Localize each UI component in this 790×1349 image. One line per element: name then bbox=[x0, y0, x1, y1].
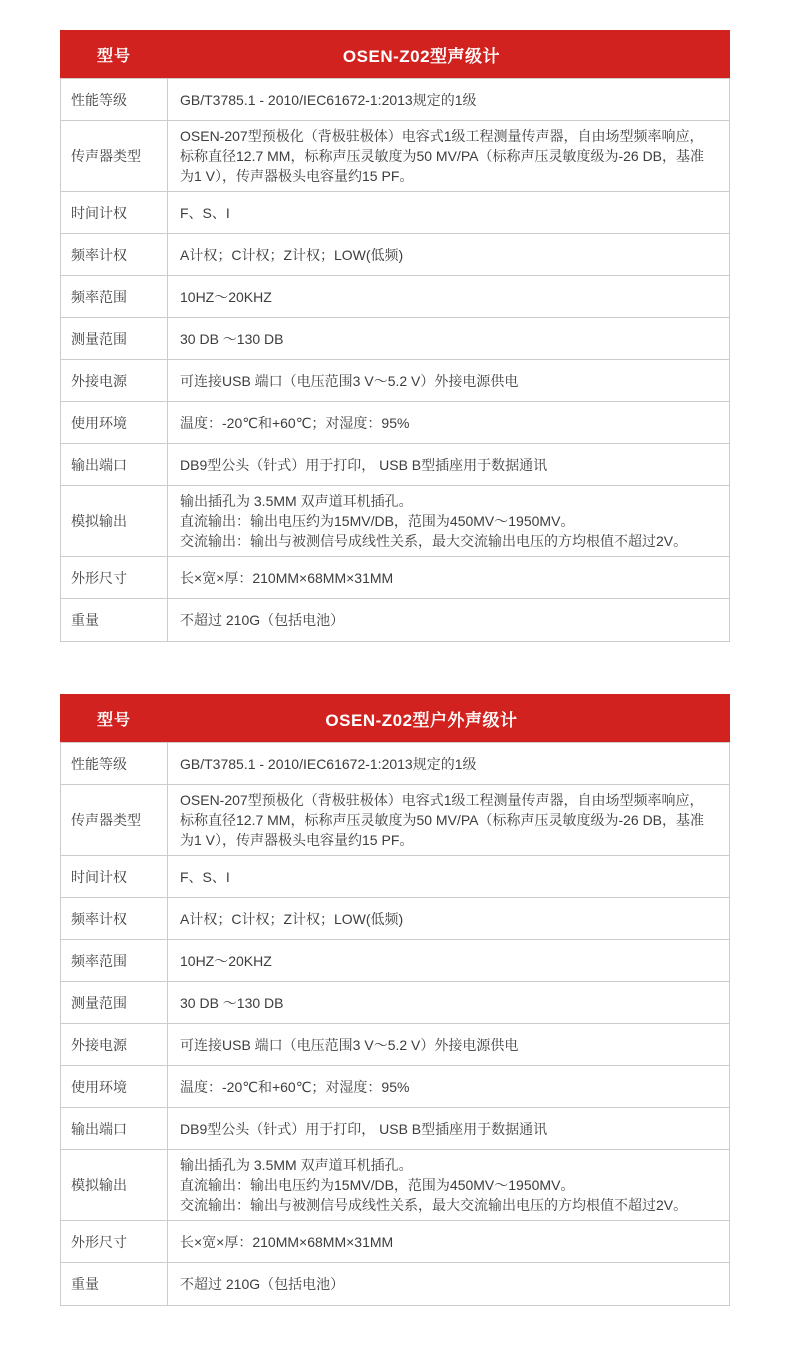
spec-value-line: 输出插孔为 3.5MM 双声道耳机插孔。 bbox=[180, 1155, 715, 1175]
spec-label: 频率范围 bbox=[61, 940, 168, 981]
product-spec-page: { "colors": { "header_bg": "#d2221f", "h… bbox=[0, 0, 790, 1349]
spec-value: A计权；C计权；Z计权；LOW(低频) bbox=[168, 234, 729, 275]
spec-value-line: 交流输出：输出与被测信号成线性关系，最大交流输出电压的方均根值不超过2V。 bbox=[180, 531, 715, 551]
spec-label: 频率计权 bbox=[61, 234, 168, 275]
spec-label: 使用环境 bbox=[61, 402, 168, 443]
spec-label: 模拟输出 bbox=[61, 1150, 168, 1220]
spec-label: 性能等级 bbox=[61, 79, 168, 120]
spec-value-line: 温度：-20℃和+60℃；对湿度：95% bbox=[180, 413, 715, 433]
table-row: 输出端口DB9型公头（针式）用于打印， USB B型插座用于数据通讯 bbox=[61, 1108, 729, 1150]
spec-label: 频率计权 bbox=[61, 898, 168, 939]
spec-value-line: F、S、I bbox=[180, 203, 715, 223]
spec-value-line: 直流输出：输出电压约为15MV/DB，范围为450MV～1950MV。 bbox=[180, 1175, 715, 1195]
spec-table-body: 性能等级GB/T3785.1 - 2010/IEC61672-1:2013规定的… bbox=[60, 78, 730, 642]
spec-value: 长×宽×厚：210MM×68MM×31MM bbox=[168, 557, 729, 598]
spec-table-outdoor-sound-level-meter: 型号 OSEN-Z02型户外声级计 性能等级GB/T3785.1 - 2010/… bbox=[60, 694, 730, 1306]
table-row: 重量不超过 210G（包括电池） bbox=[61, 1263, 729, 1305]
spec-value: DB9型公头（针式）用于打印， USB B型插座用于数据通讯 bbox=[168, 444, 729, 485]
spec-value: 温度：-20℃和+60℃；对湿度：95% bbox=[168, 1066, 729, 1107]
table-row: 性能等级GB/T3785.1 - 2010/IEC61672-1:2013规定的… bbox=[61, 79, 729, 121]
spec-value-line: 长×宽×厚：210MM×68MM×31MM bbox=[180, 568, 715, 588]
spec-value: DB9型公头（针式）用于打印， USB B型插座用于数据通讯 bbox=[168, 1108, 729, 1149]
table-row: 使用环境温度：-20℃和+60℃；对湿度：95% bbox=[61, 1066, 729, 1108]
table-row: 时间计权F、S、I bbox=[61, 856, 729, 898]
spec-value-line: 不超过 210G（包括电池） bbox=[180, 610, 715, 630]
spec-value: 可连接USB 端口（电压范围3 V～5.2 V）外接电源供电 bbox=[168, 360, 729, 401]
spec-value: OSEN-207型预极化（背极驻极体）电容式1级工程测量传声器，自由场型频率响应… bbox=[168, 785, 729, 855]
spec-label: 性能等级 bbox=[61, 743, 168, 784]
table-row: 测量范围30 DB ～130 DB bbox=[61, 982, 729, 1024]
spec-value-line: 可连接USB 端口（电压范围3 V～5.2 V）外接电源供电 bbox=[180, 1035, 715, 1055]
spec-value: 输出插孔为 3.5MM 双声道耳机插孔。直流输出：输出电压约为15MV/DB，范… bbox=[168, 1150, 729, 1220]
product-title: OSEN-Z02型声级计 bbox=[168, 42, 730, 67]
spec-label: 时间计权 bbox=[61, 192, 168, 233]
spec-label: 模拟输出 bbox=[61, 486, 168, 556]
spec-label: 输出端口 bbox=[61, 444, 168, 485]
spec-value-line: 长×宽×厚：210MM×68MM×31MM bbox=[180, 1232, 715, 1252]
table-row: 传声器类型OSEN-207型预极化（背极驻极体）电容式1级工程测量传声器，自由场… bbox=[61, 785, 729, 856]
spec-value-line: 输出插孔为 3.5MM 双声道耳机插孔。 bbox=[180, 491, 715, 511]
spec-value-line: 直流输出：输出电压约为15MV/DB，范围为450MV～1950MV。 bbox=[180, 511, 715, 531]
spec-value: 长×宽×厚：210MM×68MM×31MM bbox=[168, 1221, 729, 1262]
table-row: 外形尺寸长×宽×厚：210MM×68MM×31MM bbox=[61, 557, 729, 599]
spec-value-line: A计权；C计权；Z计权；LOW(低频) bbox=[180, 245, 715, 265]
table-row: 模拟输出输出插孔为 3.5MM 双声道耳机插孔。直流输出：输出电压约为15MV/… bbox=[61, 486, 729, 557]
table-row: 频率范围10HZ～20KHZ bbox=[61, 940, 729, 982]
spec-label: 传声器类型 bbox=[61, 785, 168, 855]
model-header-label: 型号 bbox=[60, 43, 168, 66]
table-row: 性能等级GB/T3785.1 - 2010/IEC61672-1:2013规定的… bbox=[61, 743, 729, 785]
spec-value-line: 30 DB ～130 DB bbox=[180, 993, 715, 1013]
spec-value: OSEN-207型预极化（背极驻极体）电容式1级工程测量传声器，自由场型频率响应… bbox=[168, 121, 729, 191]
table-row: 输出端口DB9型公头（针式）用于打印， USB B型插座用于数据通讯 bbox=[61, 444, 729, 486]
table-row: 重量不超过 210G（包括电池） bbox=[61, 599, 729, 641]
spec-value: 不超过 210G（包括电池） bbox=[168, 599, 729, 641]
spec-value: F、S、I bbox=[168, 192, 729, 233]
spec-label: 重量 bbox=[61, 1263, 168, 1305]
table-row: 模拟输出输出插孔为 3.5MM 双声道耳机插孔。直流输出：输出电压约为15MV/… bbox=[61, 1150, 729, 1221]
table-row: 外接电源可连接USB 端口（电压范围3 V～5.2 V）外接电源供电 bbox=[61, 360, 729, 402]
spec-value: 可连接USB 端口（电压范围3 V～5.2 V）外接电源供电 bbox=[168, 1024, 729, 1065]
spec-value-line: 交流输出：输出与被测信号成线性关系，最大交流输出电压的方均根值不超过2V。 bbox=[180, 1195, 715, 1215]
spec-label: 使用环境 bbox=[61, 1066, 168, 1107]
spec-value: A计权；C计权；Z计权；LOW(低频) bbox=[168, 898, 729, 939]
spec-table-sound-level-meter: 型号 OSEN-Z02型声级计 性能等级GB/T3785.1 - 2010/IE… bbox=[60, 0, 730, 642]
spec-value: 输出插孔为 3.5MM 双声道耳机插孔。直流输出：输出电压约为15MV/DB，范… bbox=[168, 486, 729, 556]
spec-label: 外接电源 bbox=[61, 1024, 168, 1065]
spec-value: GB/T3785.1 - 2010/IEC61672-1:2013规定的1级 bbox=[168, 743, 729, 784]
spec-label: 时间计权 bbox=[61, 856, 168, 897]
spec-value-line: 可连接USB 端口（电压范围3 V～5.2 V）外接电源供电 bbox=[180, 371, 715, 391]
spec-label: 外形尺寸 bbox=[61, 1221, 168, 1262]
table-row: 外接电源可连接USB 端口（电压范围3 V～5.2 V）外接电源供电 bbox=[61, 1024, 729, 1066]
spec-label: 外形尺寸 bbox=[61, 557, 168, 598]
spec-value: 10HZ～20KHZ bbox=[168, 940, 729, 981]
spec-value: 不超过 210G（包括电池） bbox=[168, 1263, 729, 1305]
spec-value-line: 10HZ～20KHZ bbox=[180, 287, 715, 307]
spec-value-line: OSEN-207型预极化（背极驻极体）电容式1级工程测量传声器，自由场型频率响应… bbox=[180, 790, 715, 850]
spec-value-line: GB/T3785.1 - 2010/IEC61672-1:2013规定的1级 bbox=[180, 754, 715, 774]
table-row: 频率范围10HZ～20KHZ bbox=[61, 276, 729, 318]
spec-value-line: 不超过 210G（包括电池） bbox=[180, 1274, 715, 1294]
spec-value-line: DB9型公头（针式）用于打印， USB B型插座用于数据通讯 bbox=[180, 455, 715, 475]
table-row: 频率计权A计权；C计权；Z计权；LOW(低频) bbox=[61, 898, 729, 940]
table-row: 频率计权A计权；C计权；Z计权；LOW(低频) bbox=[61, 234, 729, 276]
spec-value-line: A计权；C计权；Z计权；LOW(低频) bbox=[180, 909, 715, 929]
spec-table-body: 性能等级GB/T3785.1 - 2010/IEC61672-1:2013规定的… bbox=[60, 742, 730, 1306]
spec-value: GB/T3785.1 - 2010/IEC61672-1:2013规定的1级 bbox=[168, 79, 729, 120]
spec-value-line: OSEN-207型预极化（背极驻极体）电容式1级工程测量传声器，自由场型频率响应… bbox=[180, 126, 715, 186]
table-row: 使用环境温度：-20℃和+60℃；对湿度：95% bbox=[61, 402, 729, 444]
table-header-band: 型号 OSEN-Z02型声级计 bbox=[60, 30, 730, 78]
spec-value-line: DB9型公头（针式）用于打印， USB B型插座用于数据通讯 bbox=[180, 1119, 715, 1139]
spec-label: 重量 bbox=[61, 599, 168, 641]
spec-value: 30 DB ～130 DB bbox=[168, 318, 729, 359]
table-row: 时间计权F、S、I bbox=[61, 192, 729, 234]
spec-value-line: 30 DB ～130 DB bbox=[180, 329, 715, 349]
model-header-label: 型号 bbox=[60, 707, 168, 730]
spec-label: 测量范围 bbox=[61, 318, 168, 359]
spec-value-line: 温度：-20℃和+60℃；对湿度：95% bbox=[180, 1077, 715, 1097]
spec-value: 10HZ～20KHZ bbox=[168, 276, 729, 317]
spec-label: 测量范围 bbox=[61, 982, 168, 1023]
table-row: 外形尺寸长×宽×厚：210MM×68MM×31MM bbox=[61, 1221, 729, 1263]
table-header-band: 型号 OSEN-Z02型户外声级计 bbox=[60, 694, 730, 742]
table-row: 传声器类型OSEN-207型预极化（背极驻极体）电容式1级工程测量传声器，自由场… bbox=[61, 121, 729, 192]
spec-value-line: F、S、I bbox=[180, 867, 715, 887]
spec-value-line: GB/T3785.1 - 2010/IEC61672-1:2013规定的1级 bbox=[180, 90, 715, 110]
spec-value: 温度：-20℃和+60℃；对湿度：95% bbox=[168, 402, 729, 443]
table-row: 测量范围30 DB ～130 DB bbox=[61, 318, 729, 360]
spec-value-line: 10HZ～20KHZ bbox=[180, 951, 715, 971]
product-title: OSEN-Z02型户外声级计 bbox=[168, 706, 730, 731]
spec-label: 外接电源 bbox=[61, 360, 168, 401]
spec-label: 频率范围 bbox=[61, 276, 168, 317]
spec-value: F、S、I bbox=[168, 856, 729, 897]
spec-value: 30 DB ～130 DB bbox=[168, 982, 729, 1023]
spec-label: 输出端口 bbox=[61, 1108, 168, 1149]
spec-label: 传声器类型 bbox=[61, 121, 168, 191]
